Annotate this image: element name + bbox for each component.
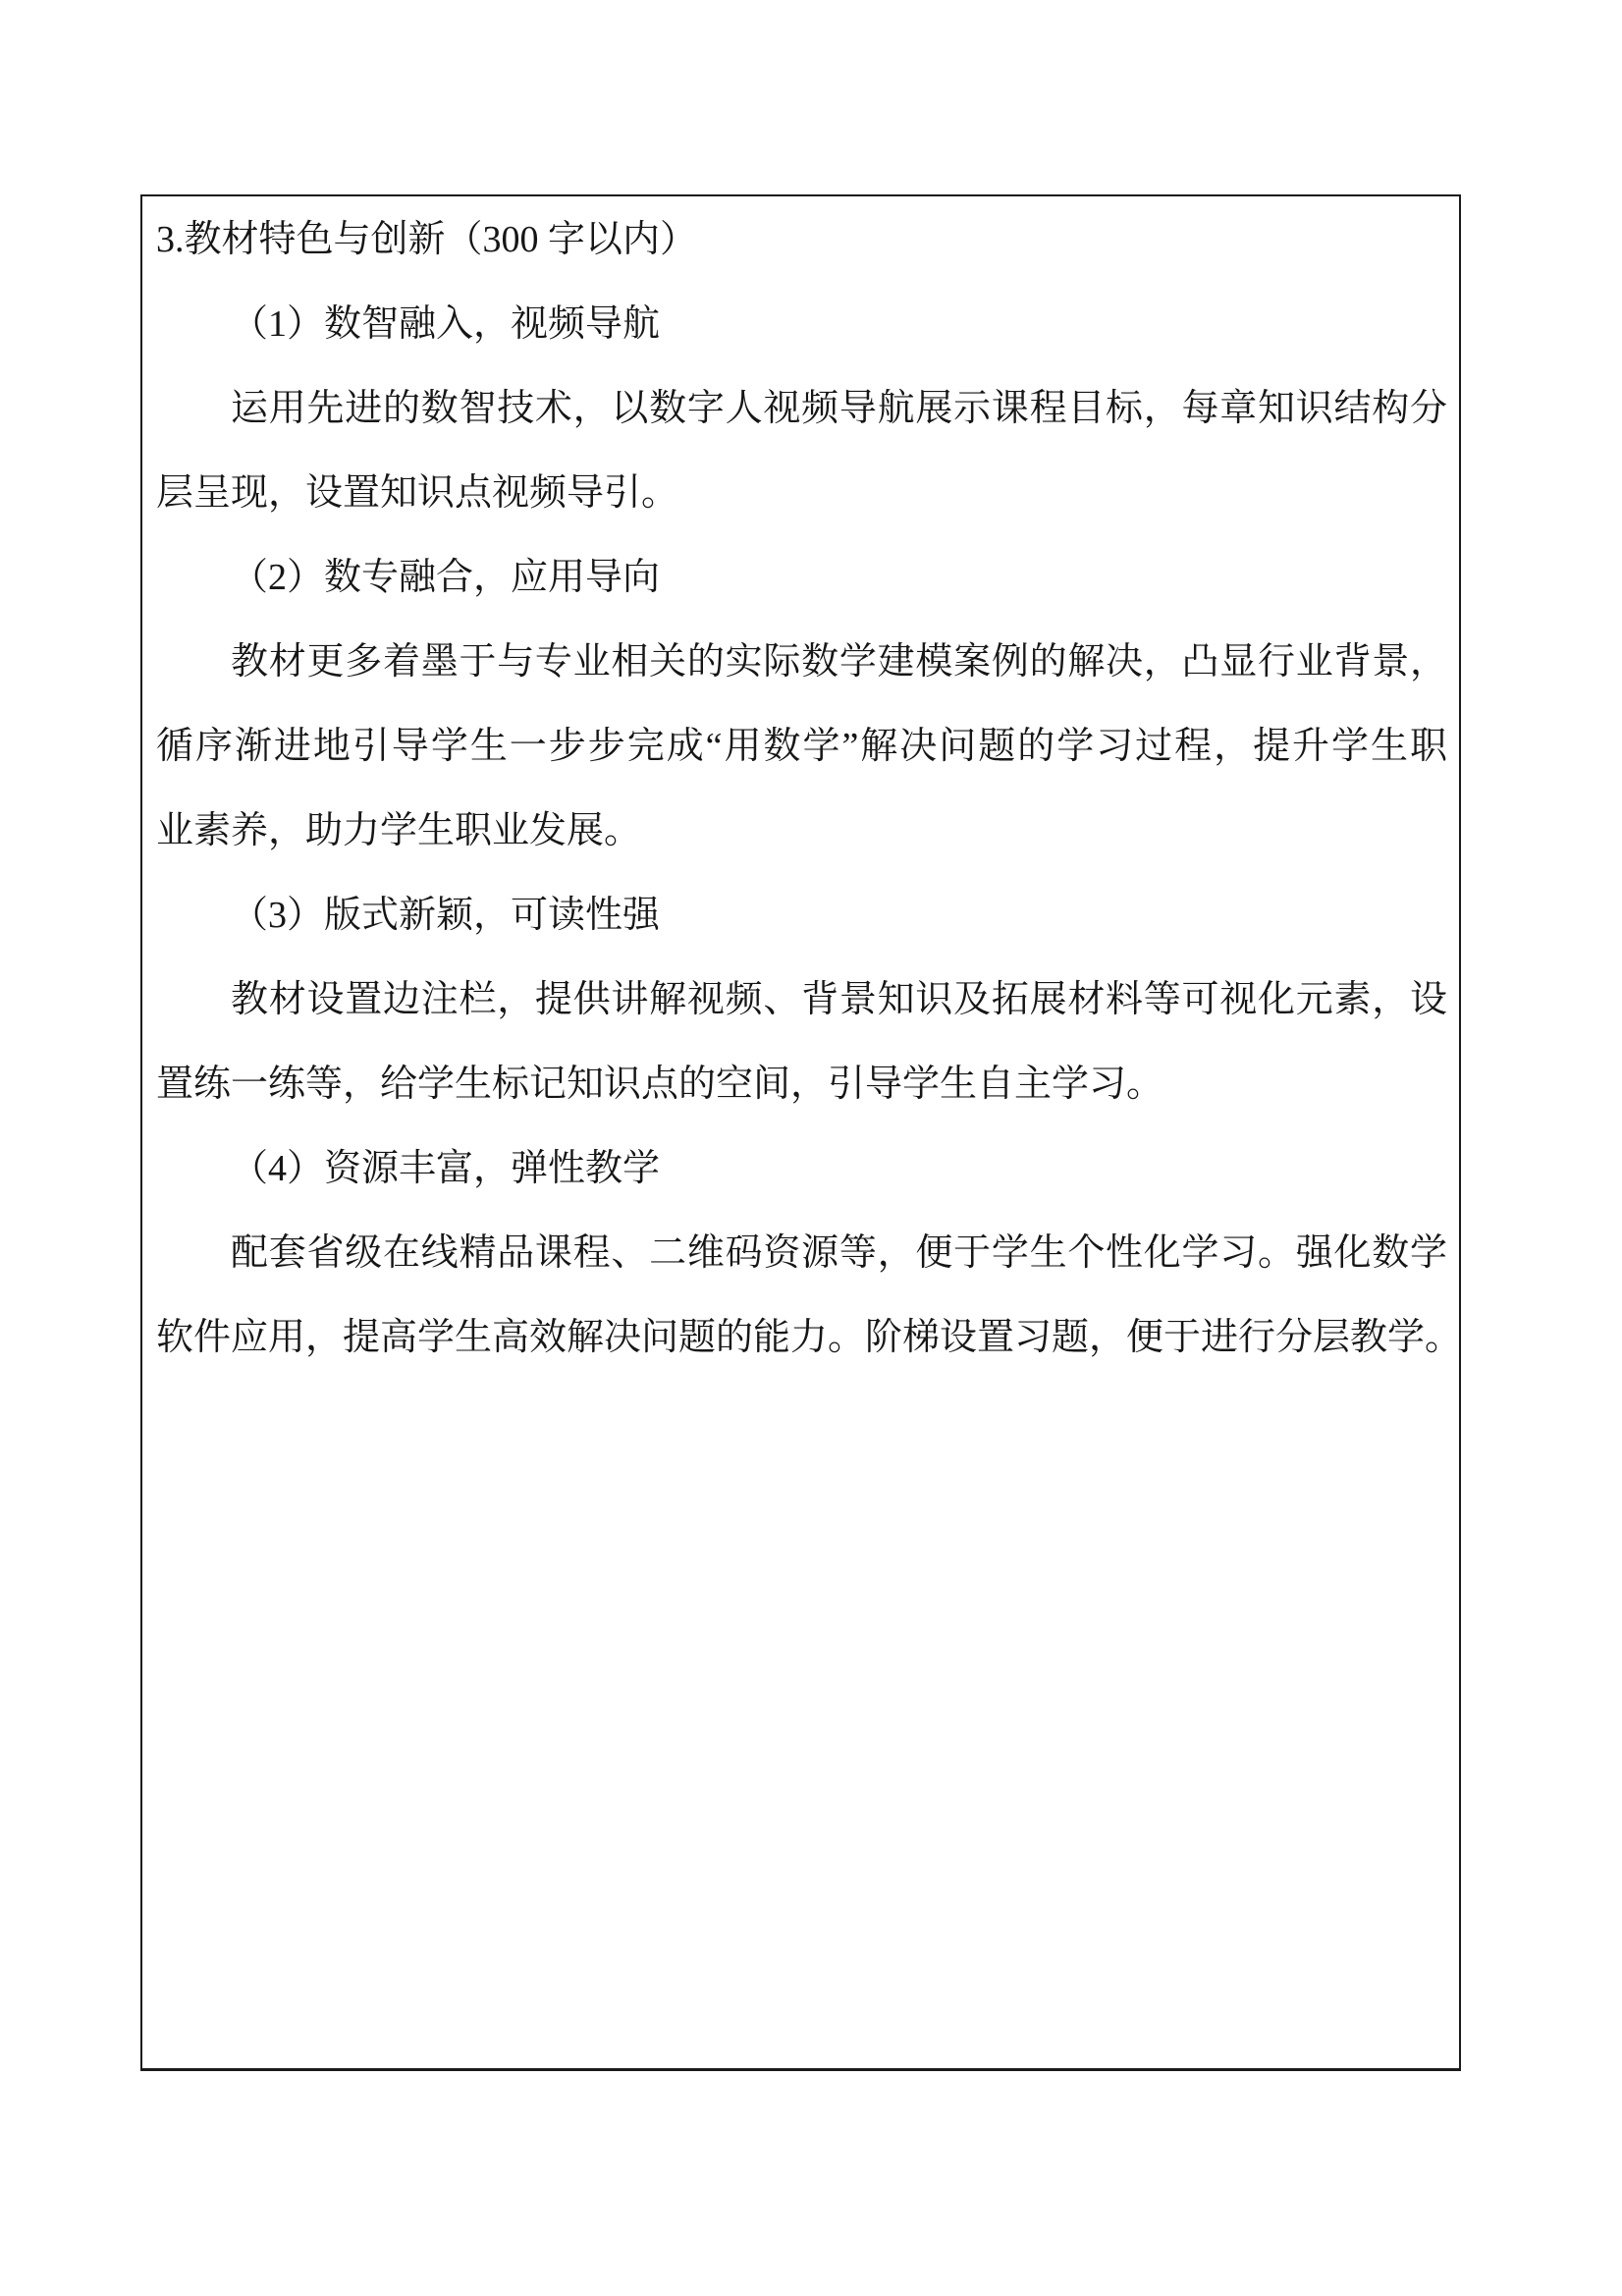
text-line: 配套省级在线精品课程、二维码资源等，便于学生个性化学习。强化数学 [156, 1211, 1447, 1295]
text-line: （2）数专融合，应用导向 [156, 535, 1447, 620]
paragraph-feature-body: 配套省级在线精品课程、二维码资源等，便于学生个性化学习。强化数学软件应用，提高学… [156, 1211, 1447, 1380]
paragraph-feature-body: 运用先进的数智技术，以数字人视频导航展示课程目标，每章知识结构分层呈现，设置知识… [156, 366, 1447, 535]
text-line: 教材设置边注栏，提供讲解视频、背景知识及拓展材料等可视化元素，设 [156, 957, 1447, 1042]
text-line: （1）数智融入，视频导航 [156, 282, 1447, 366]
text-line: 业素养，助力学生职业发展。 [156, 789, 1447, 873]
text-line: 软件应用，提高学生高效解决问题的能力。阶梯设置习题，便于进行分层教学。 [156, 1295, 1447, 1380]
paragraph-section-title: 3.教材特色与创新（300 字以内） [156, 197, 1447, 282]
paragraph-feature-body: 教材设置边注栏，提供讲解视频、背景知识及拓展材料等可视化元素，设置练一练等，给学… [156, 957, 1447, 1126]
paragraph-feature-heading: （2）数专融合，应用导向 [156, 535, 1447, 620]
paragraph-feature-heading: （1）数智融入，视频导航 [156, 282, 1447, 366]
form-cell-textbook-features: 3.教材特色与创新（300 字以内）（1）数智融入，视频导航运用先进的数智技术，… [140, 194, 1461, 2071]
text-line: 教材更多着墨于与专业相关的实际数学建模案例的解决，凸显行业背景， [156, 620, 1447, 704]
text-line: 循序渐进地引导学生一步步完成“用数学”解决问题的学习过程，提升学生职 [156, 704, 1447, 789]
text-line: 3.教材特色与创新（300 字以内） [156, 197, 1447, 282]
text-line: （3）版式新颖，可读性强 [156, 873, 1447, 957]
paragraph-feature-heading: （4）资源丰富，弹性教学 [156, 1126, 1447, 1211]
text-line: 置练一练等，给学生标记知识点的空间，引导学生自主学习。 [156, 1042, 1447, 1126]
document-page: 3.教材特色与创新（300 字以内）（1）数智融入，视频导航运用先进的数智技术，… [0, 0, 1622, 2296]
text-line: （4）资源丰富，弹性教学 [156, 1126, 1447, 1211]
paragraph-feature-body: 教材更多着墨于与专业相关的实际数学建模案例的解决，凸显行业背景，循序渐进地引导学… [156, 620, 1447, 873]
text-line: 层呈现，设置知识点视频导引。 [156, 451, 1447, 535]
text-line: 运用先进的数智技术，以数字人视频导航展示课程目标，每章知识结构分 [156, 366, 1447, 451]
paragraph-feature-heading: （3）版式新颖，可读性强 [156, 873, 1447, 957]
